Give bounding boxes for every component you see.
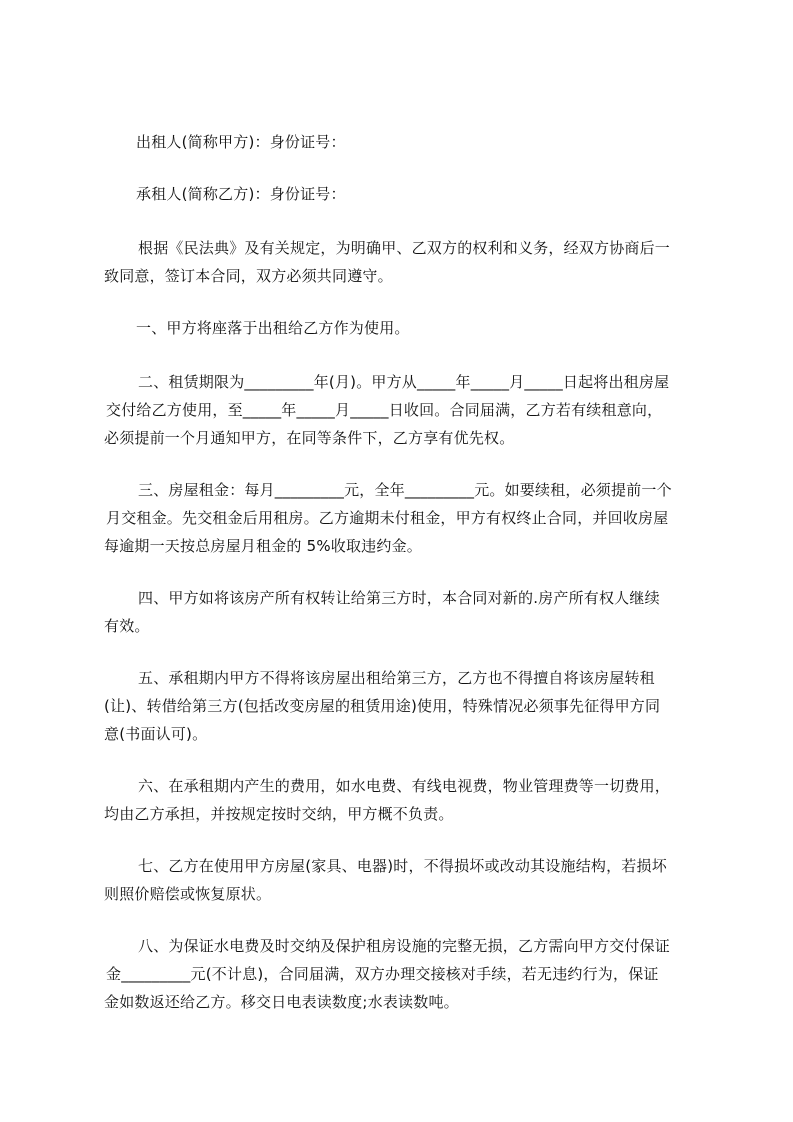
clause-6-line-1: 六、在承租期内产生的费用，如水电费、有线电视费，物业管理费等一切费用， xyxy=(138,776,670,796)
clause-3-line-3: 每逾期一天按总房屋月租金的 5%收取违约金。 xyxy=(104,536,422,556)
preamble-line-1: 根据《民法典》及有关规定，为明确甲、乙双方的权利和义务，经双方协商后一 xyxy=(138,238,670,258)
clause-6-line-2: 均由乙方承担，并按规定按时交纳，甲方概不负责。 xyxy=(104,804,454,824)
clause-4-line-2: 有效。 xyxy=(104,616,150,636)
clause-2-line-3: 必须提前一个月通知甲方，在同等条件下，乙方享有优先权。 xyxy=(104,428,514,448)
preamble-line-2: 致同意，签订本合同，双方必须共同遵守。 xyxy=(104,266,393,286)
clause-3-line-1: 三、房屋租金：每月_________元，全年_________元。如要续租，必须… xyxy=(138,480,672,500)
clause-5-line-2: (让)、转借给第三方(包括改变房屋的租赁用途)使用，特殊情况必须事先征得甲方同 xyxy=(104,696,660,716)
clause-8-line-2: 金_________元(不计息)，合同届满，双方办理交接核对手续，若无违约行为，… xyxy=(106,964,659,984)
clause-8-line-3: 金如数返还给乙方。移交日电表读数度;水表读数吨。 xyxy=(104,992,459,1012)
clause-3-line-2: 月交租金。先交租金后用租房。乙方逾期未付租金，甲方有权终止合同，并回收房屋 xyxy=(106,508,668,528)
clause-4-line-1: 四、甲方如将该房产所有权转让给第三方时，本合同对新的.房产所有权人继续 xyxy=(138,588,660,608)
clause-1: 一、甲方将座落于出租给乙方作为使用。 xyxy=(136,318,410,338)
lessee-line: 承租人(简称乙方)：身份证号： xyxy=(136,184,346,204)
clause-7-line-1: 七、乙方在使用甲方房屋(家具、电器)时，不得损坏或改动其设施结构，若损坏 xyxy=(138,856,667,876)
lessor-line: 出租人(简称甲方)：身份证号： xyxy=(136,132,346,152)
clause-5-line-3: 意(书面认可)。 xyxy=(104,724,207,744)
clause-8-line-1: 八、为保证水电费及时交纳及保护租房设施的完整无损，乙方需向甲方交付保证 xyxy=(138,936,670,956)
document-page: 出租人(简称甲方)：身份证号： 承租人(简称乙方)：身份证号： 根据《民法典》及… xyxy=(0,0,793,1122)
clause-2-line-2: 交付给乙方使用，至_____年_____月_____日收回。合同届满，乙方若有续… xyxy=(106,400,662,420)
clause-5-line-1: 五、承租期内甲方不得将该房屋出租给第三方，乙方也不得擅自将该房屋转租 xyxy=(138,668,655,688)
clause-2-line-1: 二、租赁期限为_________年(月)。甲方从_____年_____月____… xyxy=(138,372,669,392)
clause-7-line-2: 则照价赔偿或恢复原状。 xyxy=(104,884,271,904)
